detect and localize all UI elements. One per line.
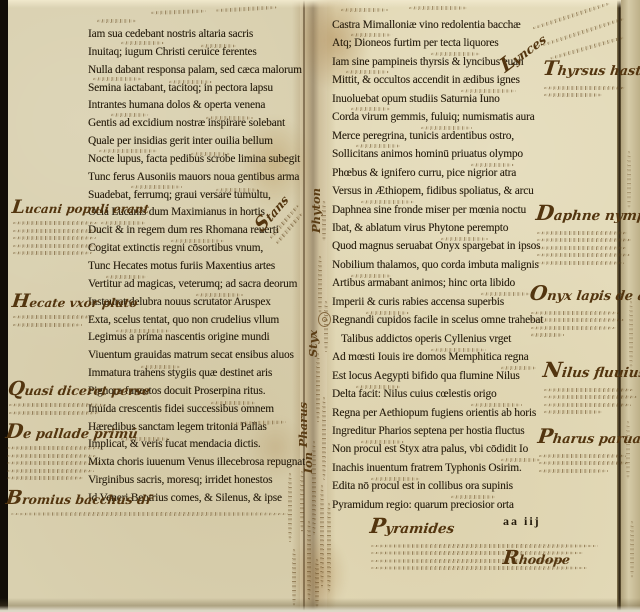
marginalia-scribble — [12, 323, 82, 327]
margin-note-header: Pyramides — [369, 516, 456, 537]
marginalia-scribble — [370, 477, 420, 481]
marginalia-scribble — [6, 454, 96, 458]
marginalia-scribble — [538, 469, 608, 473]
marginalia-scribble — [360, 200, 414, 204]
marginalia-scribble — [10, 512, 288, 516]
marginalia-scribble-vertical — [327, 502, 331, 594]
marginalia-scribble — [130, 185, 182, 189]
marginalia-scribble — [340, 8, 388, 12]
marginalia-scribble — [210, 401, 256, 405]
marginalia-scribble — [530, 326, 616, 330]
marginalia-scribble — [470, 403, 522, 407]
marginalia-scribble — [543, 395, 637, 399]
margin-note-onyx: Onyx lapis de ā mar — [530, 283, 638, 341]
marginalia-scribble — [12, 229, 102, 233]
marginalia-scribble — [440, 237, 488, 241]
margin-note-header: Bromius bacchus dr̄ — [5, 488, 154, 507]
printed-line: Sollicitans animos hominū priuatus olymp… — [332, 145, 543, 163]
margin-note-thyrsus: Thyrsus hasta bacchi — [543, 58, 639, 101]
margin-note-header: Hecate vxor pluto — [11, 293, 139, 312]
printed-line: Edita nō procul est in collibus ora supi… — [332, 477, 543, 495]
printed-line: Nobilium thalamos, quo corda imbuta mali… — [332, 256, 543, 274]
marginalia-scribble — [8, 411, 100, 415]
marginalia-scribble — [530, 318, 624, 322]
margin-note-header: Quasi diceret perse — [7, 379, 152, 398]
margin-note-nilus: Nilus fluuius est — [543, 360, 639, 418]
marginalia-scribble-vertical — [629, 300, 633, 370]
marginalia-scribble — [536, 238, 632, 242]
marginalia-scribble — [543, 403, 631, 407]
margin-note-lucani: Lucani populi erant — [12, 199, 172, 258]
marginalia-scribble — [120, 41, 164, 45]
top-shade — [8, 0, 621, 8]
gutter-note-pharus: Pharus — [296, 402, 310, 447]
marginalia-scribble — [105, 275, 147, 279]
marginalia-scribble — [195, 293, 243, 297]
marginalia-scribble — [365, 311, 409, 315]
marginalia-scribble — [350, 33, 392, 37]
margin-note-pyramides: Pyramides — [370, 516, 610, 574]
margin-note-hecate: Hecate vxor pluto — [12, 293, 162, 330]
marginalia-scribble — [430, 348, 486, 352]
printed-line: Inuoluebat opum studiis Saturnia Iuno — [332, 90, 543, 108]
marginalia-scribble-vertical — [318, 255, 322, 315]
marginalia-scribble — [98, 149, 158, 153]
marginalia-scribble — [6, 461, 102, 465]
marginalia-scribble — [408, 6, 468, 10]
marginalia-scribble — [205, 116, 253, 120]
marginalia-scribble-vertical — [307, 520, 311, 600]
printed-line: Gentis ad excidium nostræ inspirare sole… — [88, 115, 305, 133]
marginalia-scribble — [536, 253, 630, 257]
margin-note-header: Onyx lapis de ā mar — [529, 283, 640, 303]
marginalia-scribble-vertical — [300, 470, 304, 532]
marginalia-scribble — [12, 315, 94, 319]
marginalia-scribble-vertical — [316, 352, 320, 422]
printed-line: Ibat, & ablatum virus Phytone perempto — [332, 219, 543, 237]
marginalia-scribble — [470, 163, 514, 167]
marginalia-scribble — [140, 365, 180, 369]
printed-line: Tunc ferus Ausoniis mauors noua gentibus… — [88, 169, 305, 187]
marginalia-scribble — [530, 333, 564, 337]
margin-note-header: Rhodope — [502, 548, 572, 567]
marginalia-scribble-vertical — [322, 396, 326, 480]
marginalia-scribble — [543, 86, 625, 90]
printed-line: Viuentum grauidas matrum secat ensibus a… — [88, 347, 305, 365]
marginalia-scribble — [96, 19, 136, 23]
marginalia-scribble — [500, 458, 540, 462]
marginalia-scribble — [110, 113, 148, 117]
marginalia-scribble — [12, 236, 96, 240]
marginalia-scribble — [12, 244, 100, 248]
printed-line: Castra Mimalloniæ vino redolentia bacchæ — [332, 16, 543, 34]
gutter-note-phyton: Phyton — [309, 188, 323, 233]
marginalia-scribble-vertical — [322, 200, 326, 242]
marginalia-scribble — [345, 70, 389, 74]
printed-line: Pyramidum regio: quarum preciosior orta — [332, 496, 543, 514]
marginalia-scribble — [350, 274, 392, 278]
marginalia-scribble — [530, 311, 620, 315]
marginalia-scribble — [500, 366, 536, 370]
marginalia-scribble — [450, 495, 496, 499]
marginalia-scribble — [100, 221, 146, 225]
marginalia-scribble — [190, 152, 230, 156]
book-spread: Iam sua cedebant nostris altaria sacrisI… — [0, 0, 640, 612]
margin-note-daphne: Daphne nympha fu — [536, 203, 638, 268]
marginalia-scribble — [536, 246, 626, 250]
marginalia-scribble — [92, 77, 142, 81]
marginalia-scribble — [355, 144, 401, 148]
marginalia-scribble — [350, 107, 390, 111]
marginalia-scribble — [460, 89, 516, 93]
printed-line: Regnandi cupidos facile in scelus omne t… — [332, 311, 543, 329]
marginalia-scribble — [543, 93, 603, 97]
margin-note-header: Lucani populi erant — [11, 199, 150, 218]
margin-note-header: Daphne nympha fu — [535, 203, 640, 224]
margin-note-rhodope: Rhodope — [503, 548, 570, 569]
bottom-shade — [0, 598, 640, 612]
marginalia-scribble — [536, 261, 624, 265]
printed-line: Quod magnus seruabat Onyx spargebat in i… — [332, 237, 543, 255]
marginalia-scribble — [120, 437, 170, 441]
marginalia-scribble — [8, 403, 106, 407]
left-page-edge — [0, 0, 8, 612]
margin-note-quasi-diceret: Quasi diceret perse — [8, 379, 168, 418]
marginalia-scribble — [6, 469, 94, 473]
marginalia-scribble — [360, 440, 404, 444]
margin-note-bromius: Bromius bacchus dr̄ — [6, 488, 186, 509]
marginalia-scribble — [420, 126, 472, 130]
printed-line: Corda virum gemmis, fuluiq; numismatis a… — [332, 108, 543, 126]
margin-note-de-pallade: De pallade primū — [6, 421, 166, 483]
marginalia-scribble-vertical — [288, 472, 292, 542]
marginalia-scribble-vertical — [630, 520, 634, 578]
marginalia-scribble — [200, 44, 236, 48]
printed-line: Ingreditur Pharios septena per hostia fl… — [332, 422, 543, 440]
marginalia-scribble — [538, 454, 626, 458]
marginalia-scribble — [538, 461, 630, 465]
printed-line: Versus in Æthiopem, fidibus spoliatus, &… — [332, 182, 543, 200]
marginalia-scribble-vertical — [627, 150, 631, 210]
marginalia-scribble-vertical — [312, 440, 316, 536]
margin-note-pharus: Pharus parua egip — [538, 426, 638, 476]
printed-line: Phœbus & ignifero curru, pice nigrior at… — [332, 164, 543, 182]
marginalia-scribble — [430, 52, 480, 56]
printed-line: Talibus addictos operis Cyllenius vrget — [332, 330, 543, 348]
marginalia-scribble-vertical — [320, 484, 324, 588]
marginalia-scribble — [12, 221, 98, 225]
marginalia-scribble — [355, 385, 401, 389]
marginalia-scribble — [170, 239, 224, 243]
marginalia-scribble — [480, 292, 530, 296]
margin-note-header: Pharus parua egip — [537, 426, 640, 446]
printed-line: Inuitaq; iugum Christi ceruice ferentes — [88, 44, 305, 62]
marginalia-scribble — [536, 231, 628, 235]
margin-note-header: Nilus fluuius est — [542, 360, 640, 381]
marginalia-scribble-vertical — [324, 300, 328, 352]
marginalia-scribble — [12, 251, 92, 255]
marginalia-scribble — [215, 188, 259, 192]
margin-note-header: Thyrsus hasta bacchi — [542, 58, 640, 78]
marginalia-scribble — [168, 80, 212, 84]
marginalia-scribble — [543, 388, 633, 392]
marginalia-scribble-vertical — [626, 420, 630, 480]
marginalia-scribble — [6, 476, 84, 480]
marginalia-scribble — [543, 410, 603, 414]
printed-line: Tunc Hecates motus furiis Maxentius arte… — [88, 258, 305, 276]
marginalia-scribble — [115, 329, 171, 333]
marginalia-scribble — [6, 446, 101, 450]
